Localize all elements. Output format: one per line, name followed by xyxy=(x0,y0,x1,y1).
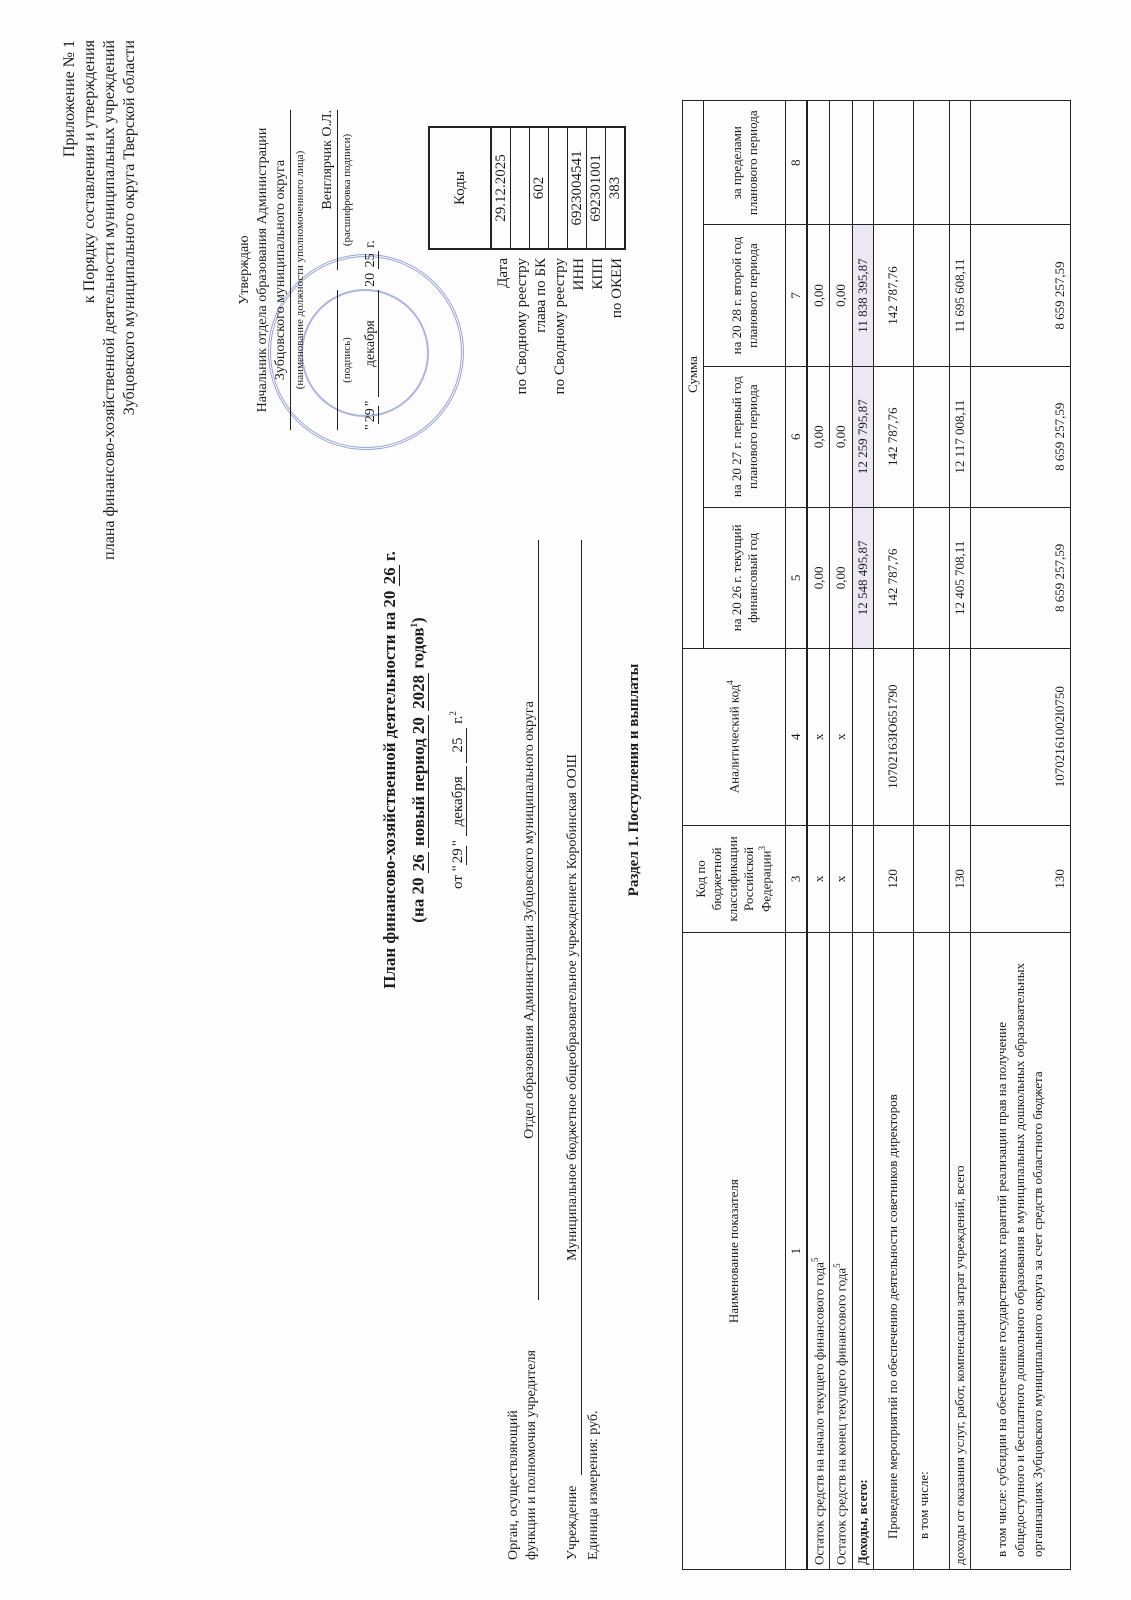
signature-caption: (подпись) xyxy=(337,290,356,430)
col-num-6: 6 xyxy=(786,366,808,507)
document-title: План финансово-хозяйственной деятельност… xyxy=(378,420,431,1120)
codes-header: Коды xyxy=(429,127,491,249)
code-label-bk-chapter: глава по БК xyxy=(532,258,551,480)
col-num-3: 3 xyxy=(786,825,808,933)
approval-block: Утверждаю Начальник отдела образования А… xyxy=(236,110,380,430)
document-date: от "29" декабря 25 г.2 xyxy=(448,600,467,1000)
section-title: Раздел 1. Поступления и выплаты xyxy=(626,620,643,940)
code-label-inn: ИНН xyxy=(570,258,589,480)
table-row: Остаток средств на начало текущего финан… xyxy=(807,101,830,1570)
code-value-date: 29.12.2025 xyxy=(491,127,511,249)
header-analytic-code: Аналитический код4 xyxy=(683,648,786,825)
signer-name: Венглярчик О.Л. xyxy=(319,110,337,280)
header-year-1: на 20 26 г. текущий финансовый год xyxy=(704,507,786,648)
position-caption: (наименование должности уполномоченного … xyxy=(290,110,309,430)
col-num-5: 5 xyxy=(786,507,808,648)
code-label-okei: по ОКЕИ xyxy=(608,258,627,480)
code-label-kpp: КПП xyxy=(589,258,608,480)
code-value-bk-chapter: 602 xyxy=(530,127,549,249)
table-row: Проведение мероприятий по обеспечению де… xyxy=(873,101,913,1570)
signer-caption: (расшифровка подписи) xyxy=(337,110,356,270)
code-label-date: Дата xyxy=(494,258,513,480)
table-row: в том числе: субсидии на обеспечение гос… xyxy=(970,101,1070,1570)
institution-value: Муниципальное бюджетное общеобразователь… xyxy=(565,540,582,1475)
document-page: Приложение № 1 к Порядку составления и у… xyxy=(0,0,1131,1600)
col-num-7: 7 xyxy=(786,225,808,366)
code-value-okei: 383 xyxy=(606,127,626,249)
code-label-registry: по Сводному реестру xyxy=(513,258,532,480)
header-name: Наименование показателя xyxy=(683,933,786,1570)
approver-position: Начальник отдела образования Администрац… xyxy=(254,110,290,430)
approval-date: "29" декабря 20 25 г. xyxy=(362,110,380,430)
code-label-registry-2: по Сводному реестру xyxy=(551,258,570,480)
table-row: доходы от оказания услуг, работ, компенс… xyxy=(949,101,970,1570)
institution-label: Учреждение xyxy=(565,1486,581,1560)
approval-heading: Утверждаю xyxy=(236,110,254,430)
codes-table: Коды 29.12.2025 602 6923004541 692301001… xyxy=(428,126,626,250)
header-beyond: за пределами планового периода xyxy=(704,101,786,225)
table-row: Доходы, всего: 12 548 495,87 12 259 795,… xyxy=(852,101,873,1570)
header-year-2: на 20 27 г. первый год планового периода xyxy=(704,366,786,507)
code-value-registry xyxy=(511,127,530,249)
header-bk-code: Код по бюджетной классификации Российско… xyxy=(683,825,786,933)
receipts-payments-table: Наименование показателя Код по бюджетной… xyxy=(682,100,1071,1570)
annex-line-4: Зубцовского муниципального округа Тверск… xyxy=(120,0,139,1600)
code-value-inn: 6923004541 xyxy=(568,127,587,249)
col-num-8: 8 xyxy=(786,101,808,225)
header-sum: Сумма xyxy=(683,101,704,649)
founder-value: Отдел образования Администрации Зубцовск… xyxy=(522,540,539,1300)
col-num-1: 1 xyxy=(786,933,808,1570)
unit-label: Единица измерения: руб. xyxy=(586,1410,602,1560)
organization-block: Орган, осуществляющий функции и полномоч… xyxy=(505,1350,541,1560)
annex-title: Приложение № 1 xyxy=(60,0,79,1600)
code-value-kpp: 692301001 xyxy=(587,127,606,249)
founder-label-line2: функции и полномочия учредителя xyxy=(523,1350,541,1560)
annex-line-3: плана финансово-хозяйственной деятельнос… xyxy=(100,0,119,1600)
codes-labels: Дата по Сводному реестру глава по БК по … xyxy=(432,258,627,480)
founder-label-line1: Орган, осуществляющий xyxy=(505,1350,523,1560)
annex-line-2: к Порядку составления и утверждения xyxy=(80,0,99,1600)
table-row: Остаток средств на конец текущего финанс… xyxy=(830,101,852,1570)
col-num-4: 4 xyxy=(786,648,808,825)
table-row: в том числе: xyxy=(913,101,949,1570)
code-value-registry-2 xyxy=(549,127,568,249)
header-year-3: на 20 28 г. второй год планового периода xyxy=(704,225,786,366)
